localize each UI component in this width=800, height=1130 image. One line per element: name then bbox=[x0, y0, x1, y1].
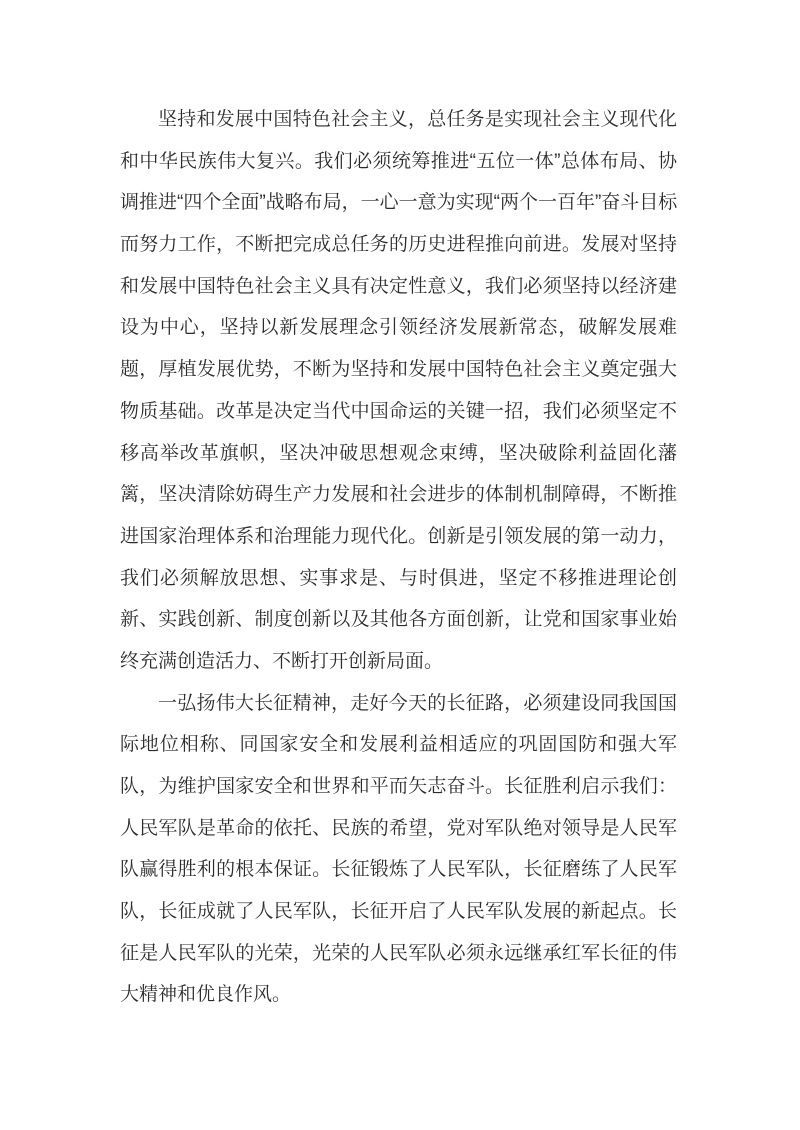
text-line: 一弘扬伟大长征精神，走好今天的长征路，必须建设同我国国 bbox=[120, 683, 677, 725]
document-body: 坚持和发展中国特色社会主义，总任务是实现社会主义现代化和中华民族伟大复兴。我们必… bbox=[120, 99, 677, 1016]
text-line: 调推进“四个全面”战略布局，一心一意为实现“两个一百年”奋斗目标 bbox=[120, 182, 677, 224]
text-line: 坚持和发展中国特色社会主义，总任务是实现社会主义现代化 bbox=[120, 99, 677, 141]
paragraph-2: 一弘扬伟大长征精神，走好今天的长征路，必须建设同我国国际地位相称、同国家安全和发… bbox=[120, 683, 677, 1017]
paragraph-1: 坚持和发展中国特色社会主义，总任务是实现社会主义现代化和中华民族伟大复兴。我们必… bbox=[120, 99, 677, 683]
text-line: 移高举改革旗帜，坚决冲破思想观念束缚，坚决破除利益固化藩 bbox=[120, 433, 677, 475]
text-line: 大精神和优良作风。 bbox=[120, 974, 677, 1016]
text-line: 人民军队是革命的依托、民族的希望，党对军队绝对领导是人民军 bbox=[120, 808, 677, 850]
document-page: 坚持和发展中国特色社会主义，总任务是实现社会主义现代化和中华民族伟大复兴。我们必… bbox=[0, 0, 800, 1130]
text-line: 题，厚植发展优势，不断为坚持和发展中国特色社会主义奠定强大 bbox=[120, 349, 677, 391]
text-line: 新、实践创新、制度创新以及其他各方面创新，让党和国家事业始 bbox=[120, 599, 677, 641]
text-line: 队赢得胜利的根本保证。长征锻炼了人民军队，长征磨练了人民军 bbox=[120, 849, 677, 891]
text-line: 和中华民族伟大复兴。我们必须统筹推进“五位一体”总体布局、协 bbox=[120, 141, 677, 183]
text-line: 队，长征成就了人民军队，长征开启了人民军队发展的新起点。长 bbox=[120, 891, 677, 933]
text-line: 和发展中国特色社会主义具有决定性意义，我们必须坚持以经济建 bbox=[120, 266, 677, 308]
text-line: 终充满创造活力、不断打开创新局面。 bbox=[120, 641, 677, 683]
text-line: 设为中心，坚持以新发展理念引领经济发展新常态，破解发展难 bbox=[120, 307, 677, 349]
text-line: 篱，坚决清除妨碍生产力发展和社会进步的体制机制障碍，不断推 bbox=[120, 474, 677, 516]
text-line: 队，为维护国家安全和世界和平而矢志奋斗。长征胜利启示我们： bbox=[120, 766, 677, 808]
text-line: 物质基础。改革是决定当代中国命运的关键一招，我们必须坚定不 bbox=[120, 391, 677, 433]
text-line: 际地位相称、同国家安全和发展利益相适应的巩固国防和强大军 bbox=[120, 724, 677, 766]
text-line: 我们必须解放思想、实事求是、与时俱进，坚定不移推进理论创 bbox=[120, 558, 677, 600]
text-line: 而努力工作，不断把完成总任务的历史进程推向前进。发展对坚持 bbox=[120, 224, 677, 266]
text-line: 进国家治理体系和治理能力现代化。创新是引领发展的第一动力， bbox=[120, 516, 677, 558]
text-line: 征是人民军队的光荣，光荣的人民军队必须永远继承红军长征的伟 bbox=[120, 933, 677, 975]
